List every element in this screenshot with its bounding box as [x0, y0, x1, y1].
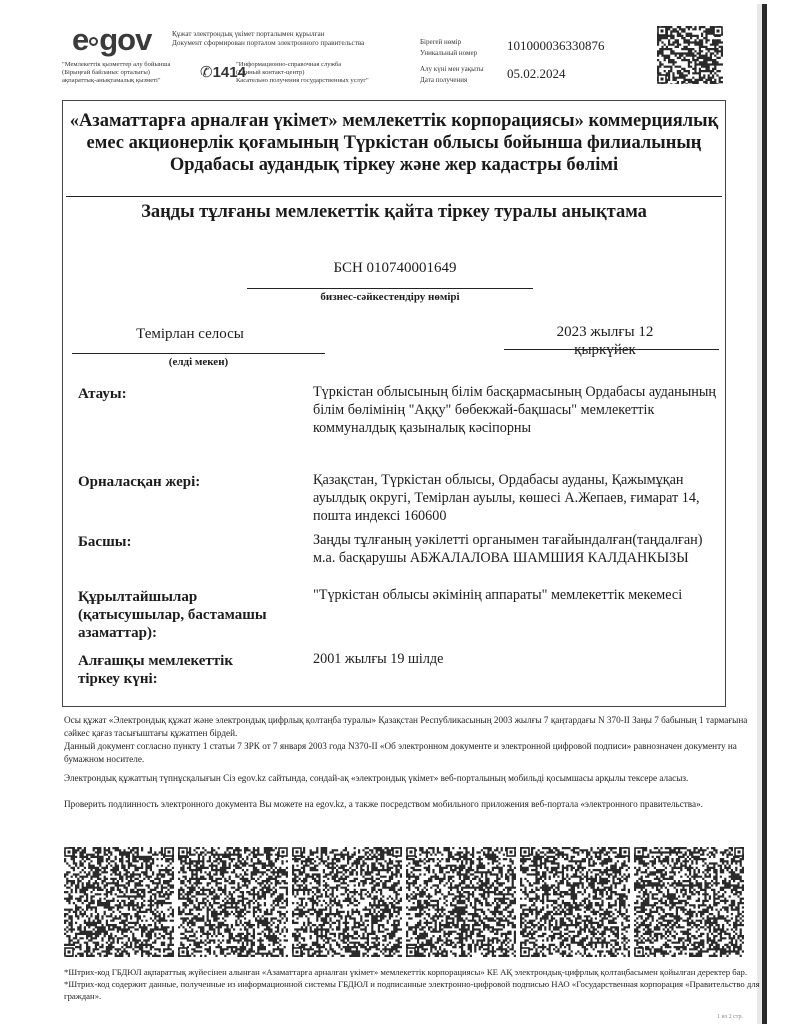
qr-code-icon — [634, 847, 744, 957]
service-center-line: "Мемлекеттік қызметтер алу бойынша — [62, 61, 170, 69]
receipt-date: 05.02.2024 — [507, 66, 566, 82]
field-value-founders: "Түркістан облысы әкімінің аппараты" мем… — [313, 586, 723, 604]
field-label-name: Атауы: — [78, 385, 298, 403]
bin-value: БСН 010740001649 — [300, 260, 490, 277]
barcode-footnote-kz: *Штрих-код ГБДЮЛ ақпараттық жүйесінен ал… — [64, 966, 764, 978]
portal-notice: Құжат электрондық үкімет порталымен құры… — [172, 30, 364, 48]
bin-caption: бизнес-сәйкестендіру нөмірі — [247, 291, 533, 303]
barcode-strip — [64, 847, 740, 957]
unique-number: 101000036330876 — [507, 38, 605, 54]
bin-underline — [247, 288, 533, 289]
verify-notice-ru: Проверить подлинность электронного докум… — [64, 798, 769, 811]
place-underline — [72, 353, 325, 354]
page-number: 1 из 2 стр. — [717, 1014, 743, 1020]
service-center-line: (Бірыңғай байланыс орталығы) — [62, 69, 170, 77]
receipt-date-label: Алу күні мен уақыты Дата получения — [420, 64, 484, 86]
qr-code-icon — [406, 847, 516, 957]
portal-notice-ru: Документ сформирован порталом электронно… — [172, 39, 364, 48]
service-center-line: ақпараттық-анықтамалық қызметі" — [62, 77, 170, 85]
info-service-line: Касательно получения государственных усл… — [236, 77, 369, 85]
barcode-footnote: *Штрих-код ГБДЮЛ ақпараттық жүйесінен ал… — [64, 966, 764, 1002]
service-center-info: "Мемлекеттік қызметтер алу бойынша (Біры… — [62, 61, 170, 85]
phone-icon: ✆ — [200, 64, 213, 81]
info-service-line: "Информационно-справочная служба — [236, 61, 369, 69]
unique-number-label: Бірегей нөмір Уникальный номер — [420, 37, 477, 59]
issue-date-line1: 2023 жылғы 12 — [545, 323, 665, 341]
info-service: "Информационно-справочная служба (Единый… — [236, 61, 369, 85]
date-underline — [504, 349, 719, 350]
qr-code-icon — [64, 847, 174, 957]
qr-code-icon — [657, 26, 723, 84]
legal-notice-ru: Данный документ согласно пункту 1 статьи… — [64, 740, 769, 766]
field-label-first-registration: Алғашқы мемлекеттік тіркеу күні: — [78, 652, 278, 688]
field-value-location: Қазақстан, Түркістан облысы, Ордабасы ау… — [313, 471, 723, 525]
egov-logo: egov — [72, 24, 151, 56]
place-caption: (елді мекен) — [72, 356, 325, 368]
qr-code-icon — [292, 847, 402, 957]
field-value-head: Заңды тұлғаның уәкілетті органымен тағай… — [313, 531, 723, 567]
field-label-head: Басшы: — [78, 533, 298, 551]
egov-logo-dot-icon — [89, 37, 98, 46]
unique-number-label-kz: Бірегей нөмір — [420, 37, 477, 48]
verify-notice-kz: Электрондық құжаттың түпнұсқалығын Сіз e… — [64, 772, 769, 785]
receipt-date-label-kz: Алу күні мен уақыты — [420, 64, 484, 75]
unique-number-label-ru: Уникальный номер — [420, 48, 477, 59]
field-value-first-registration: 2001 жылғы 19 шілде — [313, 650, 723, 668]
receipt-date-label-ru: Дата получения — [420, 75, 484, 86]
field-label-founders: Құрылтайшылар (қатысушылар, бастамашы аз… — [78, 588, 293, 642]
legal-notice-kz: Осы құжат «Электрондық құжат және электр… — [64, 714, 769, 740]
qr-code-icon — [178, 847, 288, 957]
field-value-name: Түркістан облысының білім басқармасының … — [313, 383, 723, 437]
organization-title: «Азаматтарға арналған үкімет» мемлекетті… — [66, 110, 722, 176]
barcode-footnote-ru: *Штрих-код содержит данные, полученные и… — [64, 978, 764, 1002]
issue-date-line2: қыркүйек — [545, 341, 665, 359]
scan-edge-band — [762, 4, 767, 1024]
issue-date: 2023 жылғы 12 қыркүйек — [545, 323, 665, 359]
field-label-location: Орналасқан жері: — [78, 473, 298, 491]
title-divider — [66, 196, 722, 197]
place-value: Темірлан селосы — [90, 326, 290, 343]
portal-notice-kz: Құжат электрондық үкімет порталымен құры… — [172, 30, 364, 39]
qr-code-icon — [520, 847, 630, 957]
info-service-line: (Единый контакт-центр) — [236, 69, 369, 77]
document-title: Заңды тұлғаны мемлекеттік қайта тіркеу т… — [66, 201, 722, 223]
